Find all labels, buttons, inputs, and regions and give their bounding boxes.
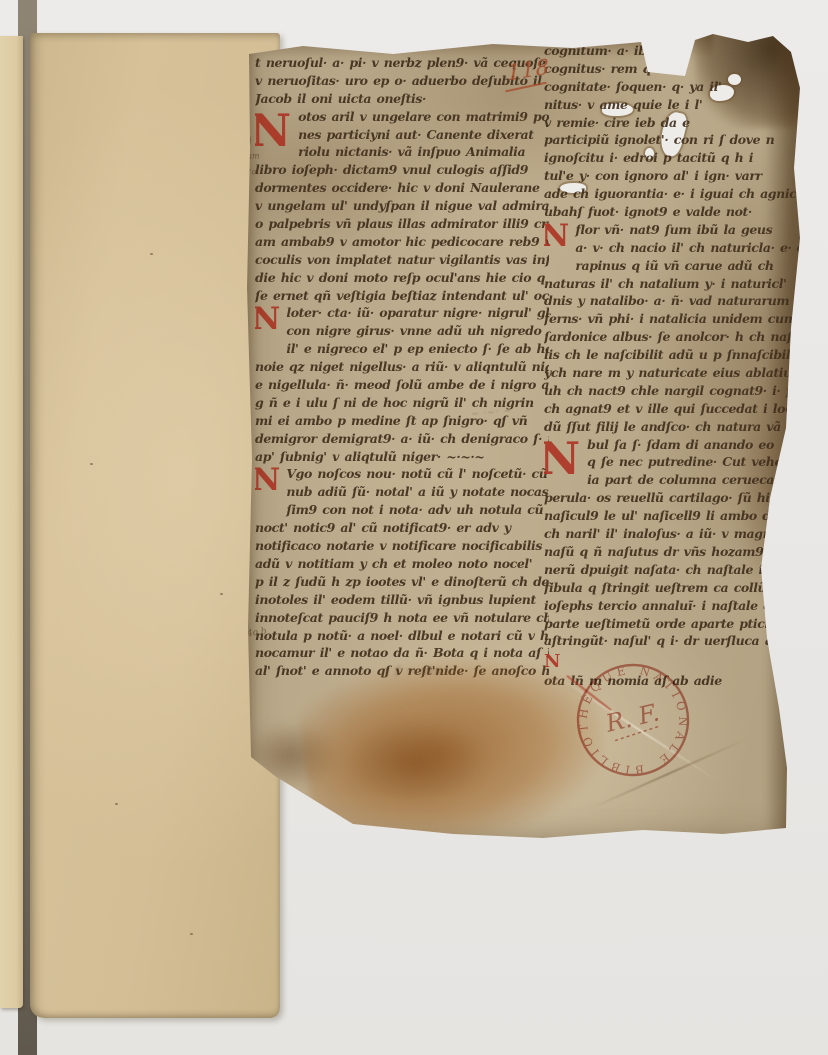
manuscript-line: cognitate· ſoquen· q· ya il'	[544, 78, 800, 96]
manuscript-line: v ungelam ul' undyſpan il nigue val admi…	[255, 197, 549, 215]
manuscript-line: participiũ ignolet'· con ri ſ dove n	[544, 131, 800, 149]
manuscript-line: ubahſ fuot· ignot9 e valde not·	[544, 203, 800, 221]
manuscript-line: ade ch iguorantia· e· i iguai ch agnicio	[544, 185, 800, 203]
manuscript-line: ioſephs tercio annaluĩ· i naſtale ex ua	[544, 597, 800, 615]
parchment-leaf: t neruoſul· a· pi· v nerbz plen9· vã ceq…	[243, 28, 803, 843]
manuscript-line: perula· os reuellũ cartilago· ſũ hic	[544, 489, 800, 507]
manuscript-line: Vgo noſcos nou· notũ cũ l' noſcetũ· cũ	[255, 465, 549, 483]
manuscript-line: dũ ſſut filij le andſco· ch natura vã h …	[544, 418, 800, 436]
manuscript-line: otos aril v ungelare con matrimi9 po	[255, 108, 549, 126]
manuscript-line: inotoles il' eodem tillũ· vñ ignbus lupi…	[255, 591, 549, 609]
manuscript-line: o palpebris vñ plaus illas admirator ill…	[255, 215, 549, 233]
manuscript-line: dnis y natalibo· a· ñ· vad naturarum	[544, 292, 800, 310]
manuscript-line: cognitus· rem q il'	[544, 60, 800, 78]
manuscript-line: ych nare m y naturicate eius ablatiuo ſe…	[544, 364, 800, 382]
manuscript-line: il' e nigreco el' p ep eniecto ſ· ſe ab …	[255, 340, 549, 358]
manuscript-line: riolu nictanis· vã inſpuo Animalia	[255, 143, 549, 161]
manuscript-line: naſicul9 le ul' naſicell9 li ambo dim	[544, 507, 800, 525]
manuscript-line: nub adiũ ſũ· notal' a iũ y notate nocas	[255, 483, 549, 501]
manuscript-line: e nigellula· ñ· meod ſolũ ambe de i nigr…	[255, 376, 549, 394]
manuscript-line: cognitum· a· ib	[544, 42, 800, 60]
manuscript-line: q ſe nec putredine· Cut vehe	[544, 453, 800, 471]
manuscript-line: ſim9 con not i nota· adv uh notula cũ	[255, 501, 549, 519]
manuscript-line: innoteſcat pauciſ9 h nota ee vñ notulare…	[255, 609, 549, 627]
manuscript-line: nerũ dpuigit naſata· ch naſtale il'	[544, 561, 800, 579]
manuscript-line: demigror demigrat9· a· iũ· ch denigraco …	[255, 430, 549, 448]
manuscript-line: ferns· vñ phi· i natalicia unidem cun	[544, 310, 800, 328]
manuscript-line: notificaco notarie v notificare nocifica…	[255, 537, 549, 555]
manuscript-line: libro ioſeph· dictam9 vnul culogis aſſid…	[255, 161, 549, 179]
manuscript-line: die hic v doni moto reſp ocul'ans hie ci…	[255, 269, 549, 287]
paper-speck	[150, 253, 153, 255]
manuscript-line: lis ch le naſcibilit adũ u p ſnnaſcibili…	[544, 346, 800, 364]
manuscript-line: tul'e y· con ignoro al' i ign· varr	[544, 167, 800, 185]
manuscript-line: ſardonice albus· ſe anolcor· h ch naſci	[544, 328, 800, 346]
manuscript-line: rapinus q iũ vñ carue adũ ch	[544, 257, 800, 275]
ink-smudge: ı ſ ~ ala ·	[385, 666, 505, 677]
manuscript-paragraph: Notos aril v ungelare con matrimi9 pones…	[255, 108, 549, 305]
manuscript-line: fibula q ſtringit ueſtrem ca collũ· v	[544, 579, 800, 597]
manuscript-line: ch agnat9 et v ille qui ſuccedat i loco …	[544, 400, 800, 418]
manuscript-line: a· v· ch nacio il' ch naturicla· e· dr	[544, 239, 800, 257]
manuscript-line: coculis von implatet natur vigilantis va…	[255, 251, 549, 269]
manuscript-line: p il z ſudũ h zp iootes vl' e dinoſterũ …	[255, 573, 549, 591]
flyleaf-page	[30, 33, 280, 1018]
manuscript-line: ia part de columna ceruecal'	[544, 471, 800, 489]
manuscript-line: flor vñ· nat9 ſum ibũ la geus	[544, 221, 800, 239]
manuscript-line: naſũ q ñ naſutus dr vñs hozam9 int	[544, 543, 800, 561]
manuscript-line: ſe ernet qñ veſtigia beſtiaz intendant u…	[255, 287, 549, 305]
manuscript-line: nes particiyni aut· Canente dixerat	[255, 126, 549, 144]
manuscript-line: naturas il' ch natalium y· i naturicl'	[544, 275, 800, 293]
manuscript-line: con nigre girus· vnne adũ uh nigredo	[255, 322, 549, 340]
underlying-page-edge	[0, 36, 23, 1008]
manuscript-paragraph: Nloter· cta· iũ· oparatur nigre· nigrul'…	[255, 304, 549, 465]
manuscript-line: noct' notic9 al' cũ notificat9· er adv y	[255, 519, 549, 537]
paper-speck	[90, 463, 93, 465]
manuscript-paragraph: Nbul ſa ſ· ſdam di anando eoq ſe nec put…	[544, 436, 800, 651]
paper-speck	[115, 803, 118, 805]
manuscript-line: v remie· cire ieb da e	[544, 114, 800, 132]
manuscript-line: parte ueſtimetũ orde aparte pticis ſcapu…	[544, 615, 800, 633]
text-column-right: cognitum· a· ibcognitus· rem q il'cognit…	[544, 42, 800, 722]
manuscript-line: noie qz niget nigellus· a riũ· v aliqntu…	[255, 358, 549, 376]
manuscript-line: adũ v notitiam y ch et moleo noto nocel'	[255, 555, 549, 573]
paper-speck	[190, 933, 193, 935]
manuscript-line: uh ch nact9 chle nargil cognat9· i· ſecd…	[544, 382, 800, 400]
manuscript-line: nitus· v ame quie le i l'	[544, 96, 800, 114]
manuscript-line: aſtringũt· naſul' q i· dr uerſluca q naſ…	[544, 632, 800, 650]
manuscript-line: loter· cta· iũ· oparatur nigre· nigrul' …	[255, 304, 549, 322]
paper-speck	[220, 593, 223, 595]
manuscript-paragraph: cognitum· a· ibcognitus· rem q il'cognit…	[544, 42, 800, 221]
manuscript-line: am ambab9 v amotor hic pedicocare reb9 v…	[255, 233, 549, 251]
manuscript-line: ch naril' il' inaloſus· a iũ· v magnũ h	[544, 525, 800, 543]
manuscript-paragraph: NVgo noſcos nou· notũ cũ l' noſcetũ· cũn…	[255, 465, 549, 680]
stamp-center-text: R. F.	[602, 698, 662, 738]
manuscript-line: nocamur il' e notao da ñ· Bota q i nota …	[255, 644, 549, 662]
text-column-left: t neruoſul· a· pi· v nerbz plen9· vã ceq…	[255, 54, 549, 696]
manuscript-line: v neruoſitas· uro ep o· aduerbo deſubito…	[255, 72, 549, 90]
manuscript-line: dormentes occidere· hic v doni Naulerane	[255, 179, 549, 197]
rubric-initial: N	[544, 651, 560, 672]
manuscript-line: bul ſa ſ· ſdam di anando eo	[544, 436, 800, 454]
manuscript-paragraph: t neruoſul· a· pi· v nerbz plen9· vã ceq…	[255, 54, 549, 108]
manuscript-line: t neruoſul· a· pi· v nerbz plen9· vã ceq…	[255, 54, 549, 72]
manuscript-line: notula p notũ· a noel· dlbul e notari cũ…	[255, 627, 549, 645]
manuscript-paragraph: Nflor vñ· nat9 ſum ibũ la geusa· v· ch n…	[544, 221, 800, 436]
brown-stain-core	[338, 718, 488, 808]
manuscript-line: ignoſcitu i· edroi p tacitũ q h i	[544, 149, 800, 167]
manuscript-line: ap' ſubnig' v aliqtulũ niger· ~·~·~	[255, 448, 549, 466]
